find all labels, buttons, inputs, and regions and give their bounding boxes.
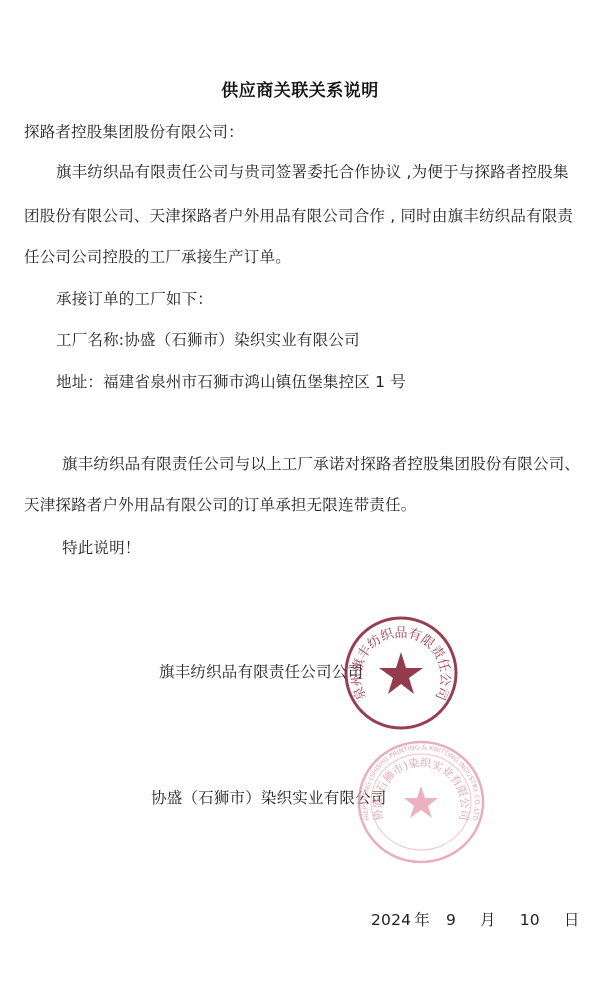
company-seal-2: 协盛(石狮市)染织实业有限公司 HIEPSHENG (SHISHI) PRINT… — [355, 738, 487, 866]
paragraph2-line1: 旗丰纺织品有限责任公司与以上工厂承诺对探路者控股集团股份有限公司、 — [62, 452, 580, 474]
date-month: 9 — [446, 911, 456, 929]
signature-company-1: 旗丰纺织品有限责任公司公司 — [159, 660, 363, 682]
factory-address: 地址：福建省泉州市石狮市鸿山镇伍堡集控区 1 号 — [56, 370, 406, 392]
paragraph2-line2: 天津探路者户外用品有限公司的订单承担无限连带责任。 — [24, 493, 417, 515]
company-seal-1: 泉州旗丰纺织品有限责任公司 — [342, 614, 460, 732]
date-day-unit: 日 — [564, 911, 580, 929]
factory-name: 工厂名称:协盛（石狮市）染织实业有限公司 — [56, 328, 360, 350]
date-year-unit: 年 — [414, 911, 430, 929]
paragraph1-line3: 任公司公司控股的工厂承接生产订单。 — [24, 245, 291, 267]
factory-intro: 承接订单的工厂如下： — [56, 287, 213, 309]
paragraph1-line2: 团股份有限公司、天津探路者户外用品有限公司合作 , 同时由旗丰纺织品有限责 — [24, 204, 573, 226]
date-year: 2024 — [371, 911, 411, 929]
seal-stamp-icon: 协盛(石狮市)染织实业有限公司 HIEPSHENG (SHISHI) PRINT… — [355, 738, 487, 866]
document-title: 供应商关联关系说明 — [0, 76, 600, 101]
seal-stamp-icon: 泉州旗丰纺织品有限责任公司 — [342, 614, 460, 732]
date-day: 10 — [520, 911, 540, 929]
date-line: 2024年9月10日 — [371, 908, 580, 930]
closing-statement: 特此说明！ — [62, 536, 141, 558]
signature-company-2: 协盛（石狮市）染织实业有限公司 — [151, 786, 387, 808]
paragraph1-line1: 旗丰纺织品有限责任公司与贵司签署委托合作协议 ,为便于与探路者控股集 — [56, 160, 569, 182]
salutation: 探路者控股集团股份有限公司： — [24, 120, 244, 142]
date-month-unit: 月 — [480, 911, 496, 929]
